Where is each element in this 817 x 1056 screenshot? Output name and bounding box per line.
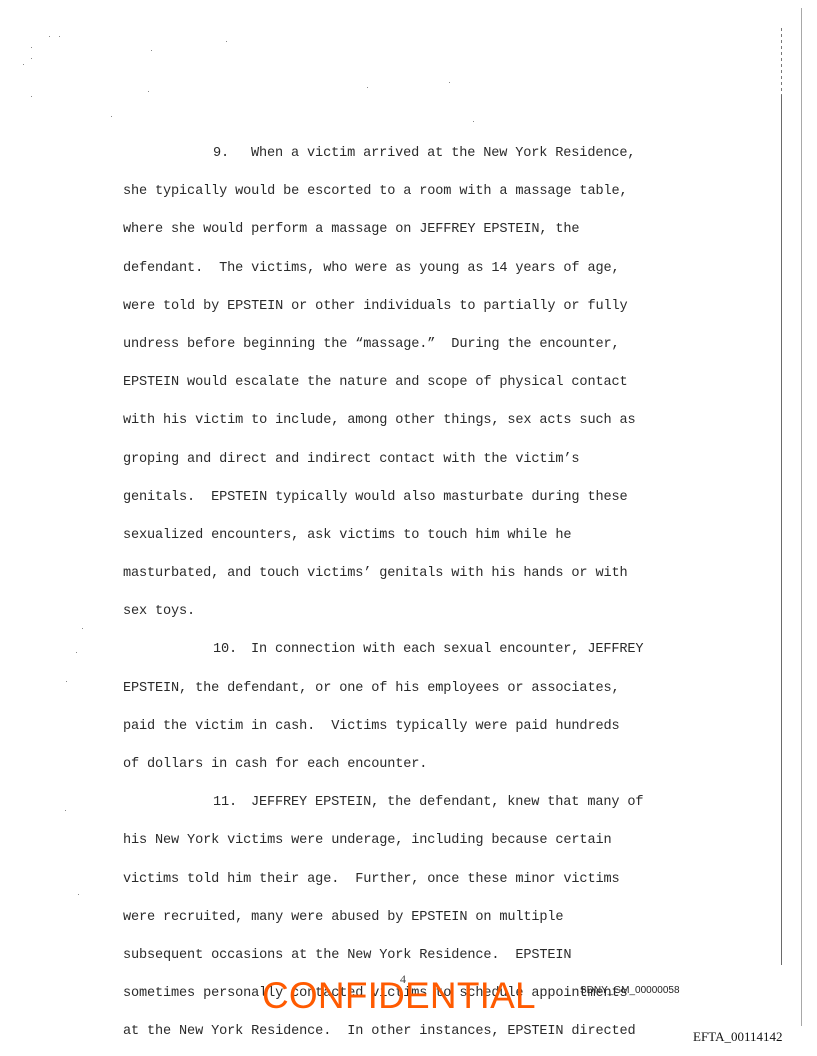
scan-speck	[65, 810, 66, 811]
paragraph-line: sexualized encounters, ask victims to to…	[123, 517, 763, 555]
paragraph-number: 10.	[213, 631, 251, 669]
paragraph-10-line-1: 10.In connection with each sexual encoun…	[123, 631, 763, 669]
scan-speck	[78, 894, 79, 895]
paragraph-line: defendant. The victims, who were as youn…	[123, 250, 763, 288]
scan-edge-rule	[801, 8, 802, 1026]
paragraph-line: at the New York Residence. In other inst…	[123, 1013, 763, 1051]
scan-speck	[66, 681, 67, 682]
scan-speck	[49, 36, 50, 37]
paragraph-line: genitals. EPSTEIN typically would also m…	[123, 479, 763, 517]
paragraph-line: subsequent occasions at the New York Res…	[123, 937, 763, 975]
scan-speck	[82, 628, 83, 629]
page-number: 4	[400, 972, 406, 987]
paragraph-line: EPSTEIN would escalate the nature and sc…	[123, 364, 763, 402]
paragraph-line: where she would perform a massage on JEF…	[123, 211, 763, 249]
paragraph-number: 11.	[213, 784, 251, 822]
scan-speck	[31, 58, 32, 59]
scan-speck	[226, 41, 227, 42]
paragraph-9-line-1: 9.When a victim arrived at the New York …	[123, 135, 763, 173]
paragraph-line: his New York victims were underage, incl…	[123, 822, 763, 860]
scan-speck	[449, 82, 450, 83]
scan-speck	[473, 121, 474, 122]
scan-speck	[31, 47, 32, 48]
paragraph-number: 9.	[213, 135, 251, 173]
scan-edge-rule	[781, 95, 782, 965]
paragraph-line: she typically would be escorted to a roo…	[123, 173, 763, 211]
scan-speck	[111, 116, 112, 117]
paragraph-line: victims told him their age. Further, onc…	[123, 861, 763, 899]
bates-number: SDNY_GM_00000058	[580, 985, 680, 996]
paragraph-line: masturbated, and touch victims’ genitals…	[123, 555, 763, 593]
paragraph-line: were recruited, many were abused by EPST…	[123, 899, 763, 937]
paragraph-line: paid the victim in cash. Victims typical…	[123, 708, 763, 746]
scan-speck	[76, 652, 77, 653]
document-page: 9.When a victim arrived at the New York …	[0, 0, 817, 1056]
scan-speck	[59, 36, 60, 37]
paragraph-line: of dollars in cash for each encounter.	[123, 746, 763, 784]
scan-speck	[148, 91, 149, 92]
scan-speck	[151, 50, 152, 51]
body-text: 9.When a victim arrived at the New York …	[123, 135, 763, 1052]
paragraph-line: groping and direct and indirect contact …	[123, 441, 763, 479]
paragraph-11-line-1: 11.JEFFREY EPSTEIN, the defendant, knew …	[123, 784, 763, 822]
confidential-stamp: CONFIDENTIAL	[262, 977, 536, 1014]
scan-speck	[367, 87, 368, 88]
paragraph-line: were told by EPSTEIN or other individual…	[123, 288, 763, 326]
paragraph-line: sex toys.	[123, 593, 763, 631]
paragraph-line: with his victim to include, among other …	[123, 402, 763, 440]
scan-speck	[31, 96, 32, 97]
paragraph-line: undress before beginning the “massage.” …	[123, 326, 763, 364]
paragraph-line: EPSTEIN, the defendant, or one of his em…	[123, 670, 763, 708]
efta-number: EFTA_00114142	[693, 1029, 782, 1045]
scan-speck	[23, 64, 24, 65]
